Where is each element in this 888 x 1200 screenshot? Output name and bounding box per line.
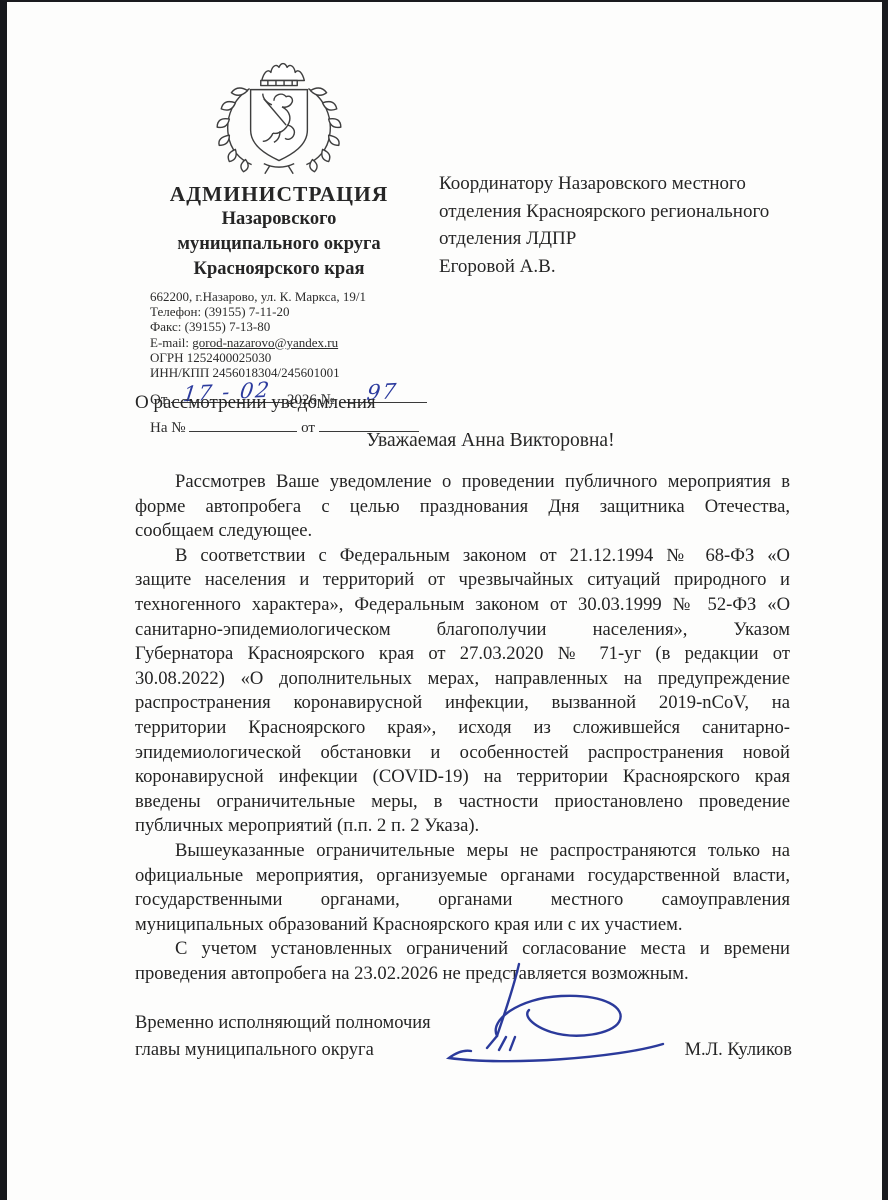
body-line: публичных мероприятий (п.п. 2 п. 2 Указа… [135, 814, 790, 839]
org-name-line: Красноярского края [128, 257, 430, 282]
letter-body: Рассмотрев Ваше уведомление о проведении… [135, 470, 790, 986]
body-line: введены ограничительные меры, в частност… [135, 790, 790, 815]
org-contact-info: 662200, г.Назарово, ул. К. Маркса, 19/1 … [128, 289, 430, 380]
salutation: Уважаемая Анна Викторовна! [135, 430, 790, 452]
body-line: техногенного характера», Федеральным зак… [135, 593, 790, 618]
recipient-line: отделения ЛДПР [439, 225, 869, 253]
recipient-line: Егоровой А.В. [439, 253, 869, 281]
coat-of-arms-icon [203, 58, 355, 178]
body-line: территории Красноярского края», исходя и… [135, 716, 790, 741]
body-line: коронавирусной инфекции (COVID-19) на те… [135, 765, 790, 790]
email-address: gorod-nazarovo@yandex.ru [192, 335, 338, 350]
handwritten-signature-icon [427, 960, 677, 1075]
org-inn-kpp: ИНН/КПП 2456018304/245601001 [150, 365, 430, 380]
body-line: сообщаем следующее. [135, 519, 790, 544]
body-line: муниципальных образований Красноярского … [135, 913, 790, 938]
recipient-line: отделения Красноярского регионального [439, 198, 869, 226]
recipient-line: Координатору Назаровского местного [439, 170, 869, 198]
signer-name: М.Л. Куликов [685, 1040, 792, 1061]
body-line: В соответствии с Федеральным законом от … [135, 544, 790, 569]
org-name-line: Назаровского [128, 207, 430, 232]
org-email-line: E-mail: gorod-nazarovo@yandex.ru [150, 335, 430, 350]
org-address: 662200, г.Назарово, ул. К. Маркса, 19/1 [150, 289, 430, 304]
body-line: защите населения и территорий от чрезвыч… [135, 568, 790, 593]
subject-line: О рассмотрении уведомления [135, 392, 376, 414]
body-line: форме автопробега с целью празднования Д… [135, 495, 790, 520]
org-name-line: АДМИНИСТРАЦИЯ [128, 182, 430, 207]
body-line: эпидемиологической обстановки и особенно… [135, 741, 790, 766]
email-label: E-mail: [150, 335, 189, 350]
signer-title-line: Временно исполняющий полномочия [135, 1010, 431, 1037]
body-line: Губернатора Красноярского края от 27.03.… [135, 642, 790, 667]
signer-title: Временно исполняющий полномочия главы му… [135, 1010, 431, 1064]
letterhead: АДМИНИСТРАЦИЯ Назаровского муниципальног… [128, 58, 430, 437]
org-fax: Факс: (39155) 7-13-80 [150, 319, 430, 334]
org-ogrn: ОГРН 1252400025030 [150, 350, 430, 365]
recipient-block: Координатору Назаровского местного отдел… [439, 170, 869, 280]
body-line: государственными органами, органами мест… [135, 888, 790, 913]
body-line: распространения коронавирусной инфекции,… [135, 691, 790, 716]
body-line: официальные мероприятия, организуемые ор… [135, 864, 790, 889]
org-phone: Телефон: (39155) 7-11-20 [150, 304, 430, 319]
org-name-line: муниципального округа [128, 232, 430, 257]
body-line: Вышеуказанные ограничительные меры не ра… [135, 839, 790, 864]
body-line: санитарно-эпидемиологическом благополучи… [135, 618, 790, 643]
body-line: Рассмотрев Ваше уведомление о проведении… [135, 470, 790, 495]
body-line: 30.08.2022) «О дополнительных мерах, нап… [135, 667, 790, 692]
body-line: С учетом установленных ограничений согла… [135, 937, 790, 962]
signer-title-line: главы муниципального округа [135, 1037, 431, 1064]
document-photo: АДМИНИСТРАЦИЯ Назаровского муниципальног… [0, 0, 888, 1200]
